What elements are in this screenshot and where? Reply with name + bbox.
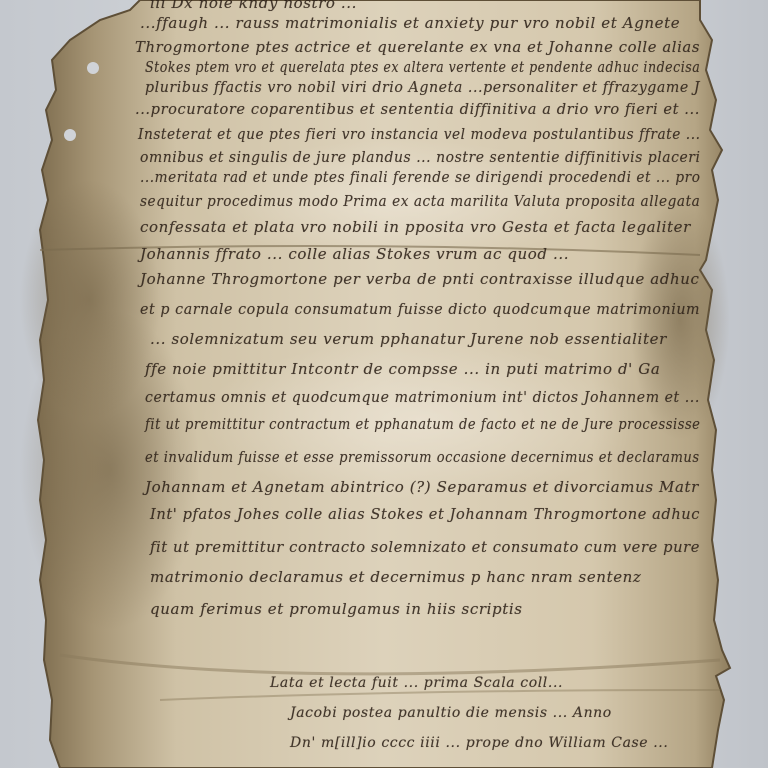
manuscript-line: Jacobi postea panultio die mensis ... An… [290,705,612,721]
manuscript-line: Johannam et Agnetam abintrico (?) Separa… [145,478,699,496]
manuscript-line: ffe noie pmittitur Intcontr de compsse .… [145,360,660,378]
manuscript-line: Johanne Throgmortone per verba de pnti c… [140,270,699,288]
manuscript-line: ...ffaugh ... rauss matrimonialis et anx… [140,14,680,32]
manuscript-line: confessata et plata vro nobili in pposit… [140,218,691,236]
manuscript-line: pluribus ffactis vro nobil viri drio Agn… [145,78,700,96]
manuscript-line: iii Dx noie kndy nostro ... [150,0,357,12]
manuscript-line: omnibus et singulis de jure plandus ... … [140,148,701,166]
manuscript-line: ...procuratore coparentibus et sententia… [135,100,700,118]
manuscript-line: Johannis ffrato ... colle alias Stokes v… [140,245,569,263]
manuscript-line: sequitur procedimus modo Prima ex acta m… [140,192,700,210]
manuscript-line: quam ferimus et promulgamus in hiis scri… [150,600,523,618]
manuscript-line: fit ut premittitur contractum et pphanat… [145,415,700,433]
manuscript-line: fit ut premittitur contracto solemnizato… [150,538,700,556]
manuscript-line: matrimonio declaramus et decernimus p ha… [150,568,641,586]
manuscript-line: Dn' m[ill]io cccc iiii ... prope dno Wil… [290,735,668,751]
manuscript-line: et p carnale copula consumatum fuisse di… [140,300,700,318]
manuscript-line: Int' pfatos Johes colle alias Stokes et … [150,505,700,523]
manuscript-line: Throgmortone ptes actrice et querelante … [135,38,700,56]
manuscript-line: ... solemnizatum seu verum pphanatur Jur… [150,330,667,348]
manuscript-line: Lata et lecta fuit ... prima Scala coll.… [270,675,563,691]
manuscript-line: Insteterat et que ptes fieri vro instanc… [138,125,701,143]
manuscript-text: iii Dx noie kndy nostro ... ...ffaugh ..… [0,0,768,768]
manuscript-line: et invalidum fuisse et esse premissorum … [145,448,700,466]
manuscript-line: certamus omnis et quodcumque matrimonium… [145,388,700,406]
manuscript-line: Stokes ptem vro et querelata ptes ex alt… [145,58,700,76]
manuscript-line: ...meritata rad et unde ptes finali fere… [140,168,700,186]
